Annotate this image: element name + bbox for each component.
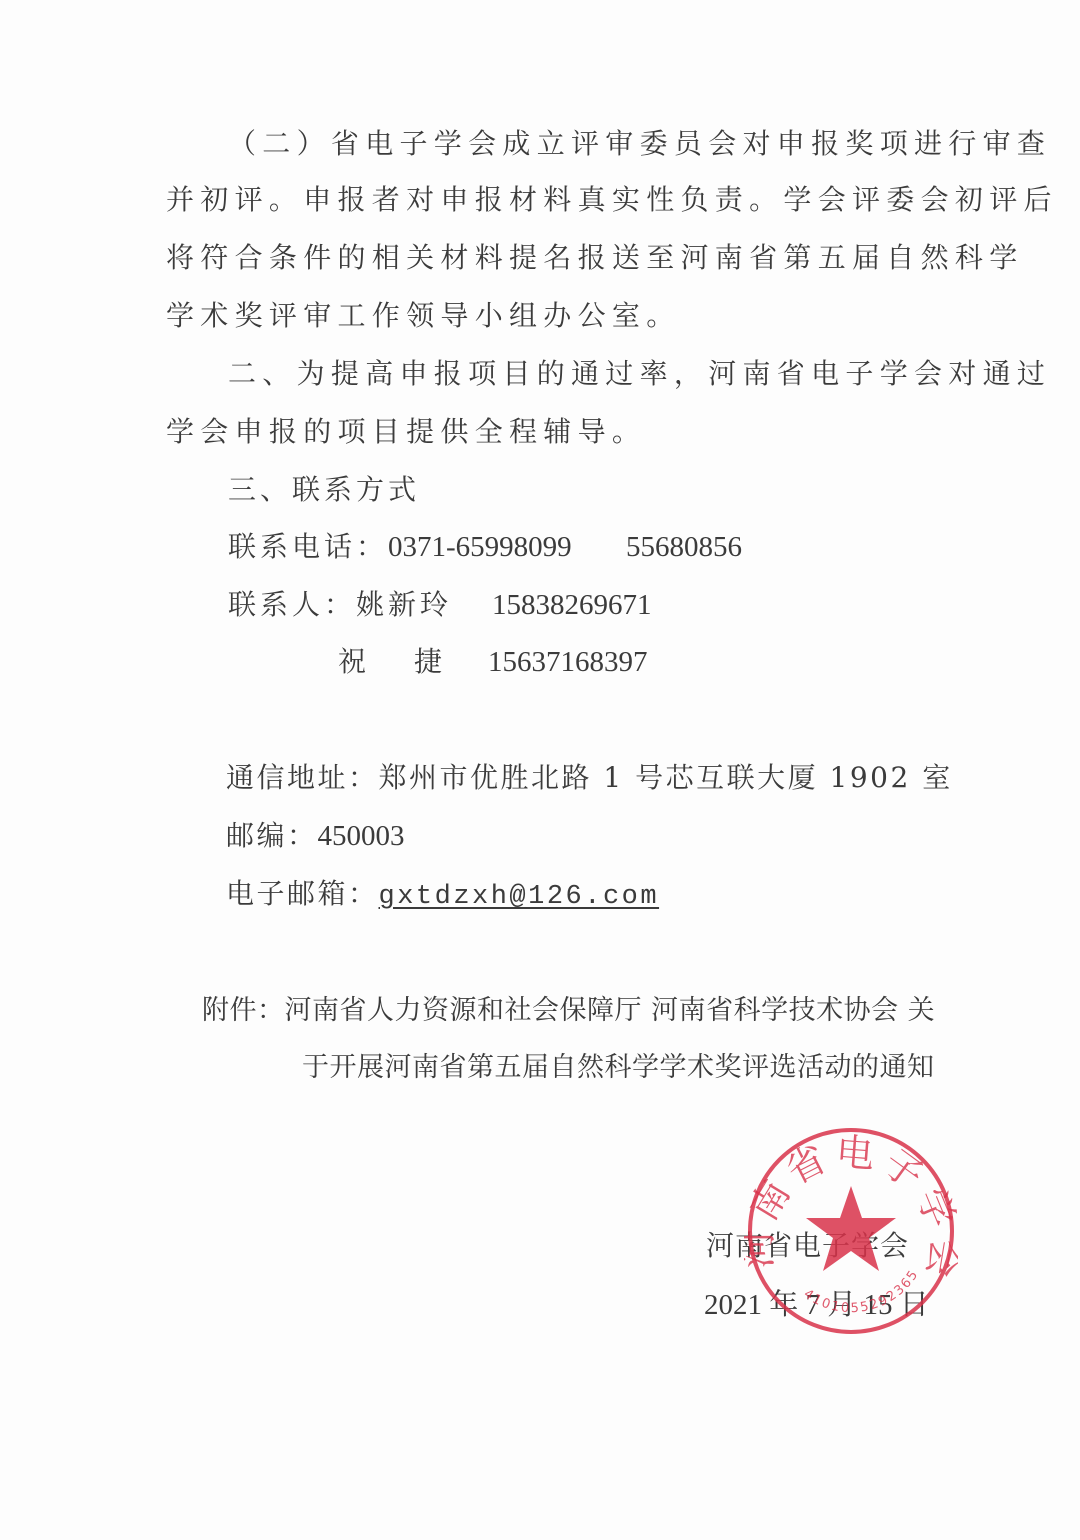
address-label: 通信地址： [226,761,379,794]
attachment-label: 附件： [202,995,285,1026]
attachment-title-line-2: 于开展河南省第五届自然科学学术奖评选活动的通知 [302,1050,935,1086]
document-page: （二）省电子学会成立评审委员会对申报奖项进行审查 并初评。申报者对申报材料真实性… [0,0,1080,1540]
seal-icon: 河南省电子学会 4101055292365 [744,1124,958,1338]
attachment-title-line-1: 河南省人力资源和社会保障厅 河南省科学技术协会 关 [285,995,936,1026]
phone-label: 联系电话： [228,530,388,563]
paragraph-line: 并初评。申报者对申报材料真实性负责。学会评委会初评后 [166,182,1058,218]
svg-text:4101055292365: 4101055292365 [801,1267,923,1317]
phone-row: 联系电话：0371-65998099 [228,529,572,565]
phone-number-1: 0371-65998099 [388,531,572,563]
address-value: 郑州市优胜北路 1 号芯互联大厦 1902 室 [379,761,953,794]
contact-person-1-phone: 15838269671 [492,587,652,623]
phone-number-2: 55680856 [626,529,742,565]
postcode-label: 邮编： [226,819,318,852]
postcode-value: 450003 [318,820,405,852]
contact-person-label: 联系人： [228,588,356,621]
address-row: 通信地址：郑州市优胜北路 1 号芯互联大厦 1902 室 [226,760,953,796]
attachment-row: 附件：河南省人力资源和社会保障厅 河南省科学技术协会 关 [202,993,935,1029]
contact-person-2-name: 祝 捷 [338,644,452,680]
section-heading-contact: 三、联系方式 [228,472,420,508]
contact-person-1-name: 姚新玲 [356,588,452,621]
official-seal-stamp: 河南省电子学会 4101055292365 [744,1124,958,1338]
contact-person-row: 联系人：姚新玲 [228,587,452,623]
email-row: 电子邮箱：gxtdzxh@126.com [226,876,659,915]
paragraph-line: 学会申报的项目提供全程辅导。 [166,414,646,450]
paragraph-line: （二）省电子学会成立评审委员会对申报奖项进行审查 [228,126,1051,162]
paragraph-line: 学术奖评审工作领导小组办公室。 [166,298,681,334]
email-link[interactable]: gxtdzxh@126.com [379,882,660,912]
postcode-row: 邮编：450003 [226,818,405,854]
paragraph-line: 二、为提高申报项目的通过率，河南省电子学会对通过 [228,356,1051,392]
paragraph-line: 将符合条件的相关材料提名报送至河南省第五届自然科学 [166,240,1024,276]
contact-person-2-phone: 15637168397 [488,644,648,680]
email-label: 电子邮箱： [226,877,379,910]
